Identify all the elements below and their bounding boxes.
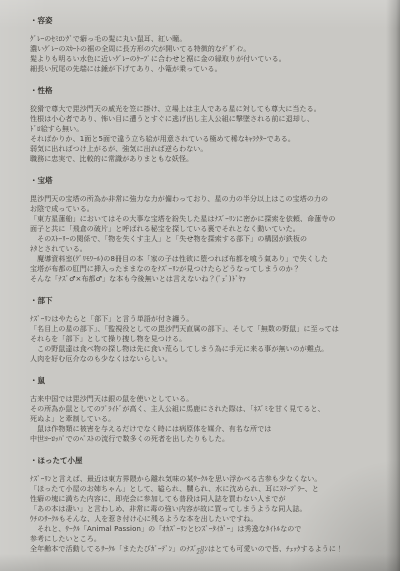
text-line: そのｽﾄｰﾘｰの関係で、「物を失くす主人」と「失せ物を探索する部下」の構図が鉄板… (30, 234, 374, 244)
text-line: 性根は小心者であり、怖い目に遭うとすぐに逃げ出し主人公組に撃墜される前に退却し、 (30, 114, 374, 124)
text-line: ﾄﾞﾛ絵すら無い。 (30, 124, 374, 134)
text-line: 狡猾で尊大で毘沙門天の威光を笠に掛け、立場上は主人である星に対しても尊大に当たる… (30, 104, 374, 114)
sections: ・容姿ｸﾞﾚｰのｾﾐﾛﾝｸﾞで癖っ毛の髪に丸い鼠耳、紅い瞳。濃いｸﾞﾚｰのｽｶｰ… (30, 16, 374, 566)
text-line: そんな「ﾅｽﾞ♂×布都♂」な本も今後無いとは言えないね？(ﾟｪﾟ)ﾄﾞﾔｧ (30, 274, 374, 284)
section: ・宝塔毘沙門天の宝塔の所為か非常に強力な力が備わっており、星の力の半分以上はこの… (30, 176, 374, 284)
text-line: 魔導資料室(ｸﾞﾘﾓﾜｰﾙ)の8冊目の本「家の子は性欲に堕つれば布都を喰う氣あり… (30, 254, 374, 264)
section: ・部下ﾅｽﾞｰﾘﾝはやたらと「部下」と言う単語が付き纏う。「名目上の星の部下」、… (30, 296, 374, 364)
section: ・鼠古来中国では毘沙門天は銀の鼠を使いとしている。その所為か鼠としてのﾌﾟﾗｲﾄ… (30, 376, 374, 444)
text-line: 細長い尻尾の先端には錘が下げてあり、小篭が乗っている。 (30, 64, 374, 74)
text-line: 「あの本は凄い」と言わしめ、非常に毒の強い内容が故に買ってしまうような同人誌。 (30, 504, 374, 514)
text-line: 人肉を好む厄介なのも少なくはないらしい。 (30, 354, 374, 364)
section-heading: ・部下 (30, 296, 374, 306)
text-line: 宝塔が布都の肛門に挿入ったままなのをﾅｽﾞｰﾘﾝが見つけたらどうなってしまうのか… (30, 264, 374, 274)
text-line: そればかりか、1面と5面で違う立ち絵が用意されている極めて稀なｷｬﾗｸﾀｰである… (30, 134, 374, 144)
text-line: 鼠は作物類に被害を与えるだけでなく時には病原体を媒介、有名な所では (30, 424, 374, 434)
text-line: その所為か鼠としてのﾌﾟﾗｲﾄﾞが高く、主人公組に馬鹿にされた際は、「ﾈｽﾞﾐを… (30, 404, 374, 414)
text-line: 髪よりも明るい水色に近いｸﾞﾚｰのｹｰﾌﾟに合わせと裾に金の縁取りが付いている。 (30, 54, 374, 64)
text-line: 「東方星蓮船」においてはその大事な宝塔を紛失した星はﾅｽﾞｰﾘﾝに密かに探索を依… (30, 214, 374, 224)
text-line: 古来中国では毘沙門天は銀の鼠を使いとしている。 (30, 394, 374, 404)
text-line: 弱気に出ればつけ上がるが、強気に出れば逆らわない。 (30, 144, 374, 154)
text-line: お陰で成っている。 (30, 204, 374, 214)
text-line: 面子と共に「飛倉の破片」と呼ばれる秘宝を探している裏でそれとなく動いていた。 (30, 224, 374, 234)
text-line: ｸﾞﾚｰのｾﾐﾛﾝｸﾞで癖っ毛の髪に丸い鼠耳、紅い瞳。 (30, 34, 374, 44)
text-line: 濃いｸﾞﾚｰのｽｶｰﾄの裾の全周に長方形の穴が開いてる特徴的なﾃﾞｻﾞｲﾝ。 (30, 44, 374, 54)
text-line: この野鼠達は食べ物の探し物は先に食い荒らしてしまう為に手元に来る事が無いのが難点… (30, 344, 374, 354)
text-line: 死ぬよ」と牽制している。 (30, 414, 374, 424)
text-line: ﾅｽﾞｰﾘﾝはやたらと「部下」と言う単語が付き纏う。 (30, 314, 374, 324)
page-number: 20 (0, 549, 400, 556)
text-line: ﾅｽﾞｰﾘﾝと言えば、最近は東方界隈から離れ気味の某ｻｰｸﾙを思い浮かべる古参も… (30, 474, 374, 484)
text-line: ﾈﾀとされている。 (30, 244, 374, 254)
section-heading: ・容姿 (30, 16, 374, 26)
text-line: 「名目上の星の部下」、「監視役としての毘沙門天直属の部下」、そして「無数の野鼠」… (30, 324, 374, 334)
text-line: 職務に忠実で、比較的に常識がありまともな妖怪。 (30, 154, 374, 164)
section-heading: ・鼠 (30, 376, 374, 386)
text-line: 毘沙門天の宝塔の所為か非常に強力な力が備わっており、星の力の半分以上はこの宝塔の… (30, 194, 374, 204)
text-line: 「ほったて小屋のお姉ちゃん」として、縊られ、嬲られ、水に沈められ、耳にｽﾃｰﾌﾟ… (30, 484, 374, 494)
scanned-document-page: ・容姿ｸﾞﾚｰのｾﾐﾛﾝｸﾞで癖っ毛の髪に丸い鼠耳、紅い瞳。濃いｸﾞﾚｰのｽｶｰ… (0, 0, 400, 571)
section: ・容姿ｸﾞﾚｰのｾﾐﾛﾝｸﾞで癖っ毛の髪に丸い鼠耳、紅い瞳。濃いｸﾞﾚｰのｽｶｰ… (30, 16, 374, 74)
text-line: ｳﾁのｻｰｸﾙもそんな、人を惹き付け心に残るような本を出したいですね。 (30, 514, 374, 524)
section-heading: ・ほったて小屋 (30, 456, 374, 466)
text-line: 中世ﾖｰﾛｯﾊﾟでのﾍﾟｽﾄの流行で数多くの死者を出したりもした。 (30, 434, 374, 444)
section-heading: ・宝塔 (30, 176, 374, 186)
section: ・性格狡猾で尊大で毘沙門天の威光を笠に掛け、立場上は主人である星に対しても尊大に… (30, 86, 374, 164)
text-line: それと、ｻｰｸﾙ「Animal Passion」の「ｵｶｽﾞｰﾘﾝとﾋﾝｽﾞｰﾀ… (30, 524, 374, 534)
text-line: 参考にしたいところ。 (30, 534, 374, 544)
text-line: 性癖の塊に満ちた内容に、即売会に参加しても普段は同人誌を買わない人までが (30, 494, 374, 504)
section: ・ほったて小屋ﾅｽﾞｰﾘﾝと言えば、最近は東方界隈から離れ気味の某ｻｰｸﾙを思い… (30, 456, 374, 554)
text-line: それらを「部下」として操り捜し物を見つける。 (30, 334, 374, 344)
section-heading: ・性格 (30, 86, 374, 96)
